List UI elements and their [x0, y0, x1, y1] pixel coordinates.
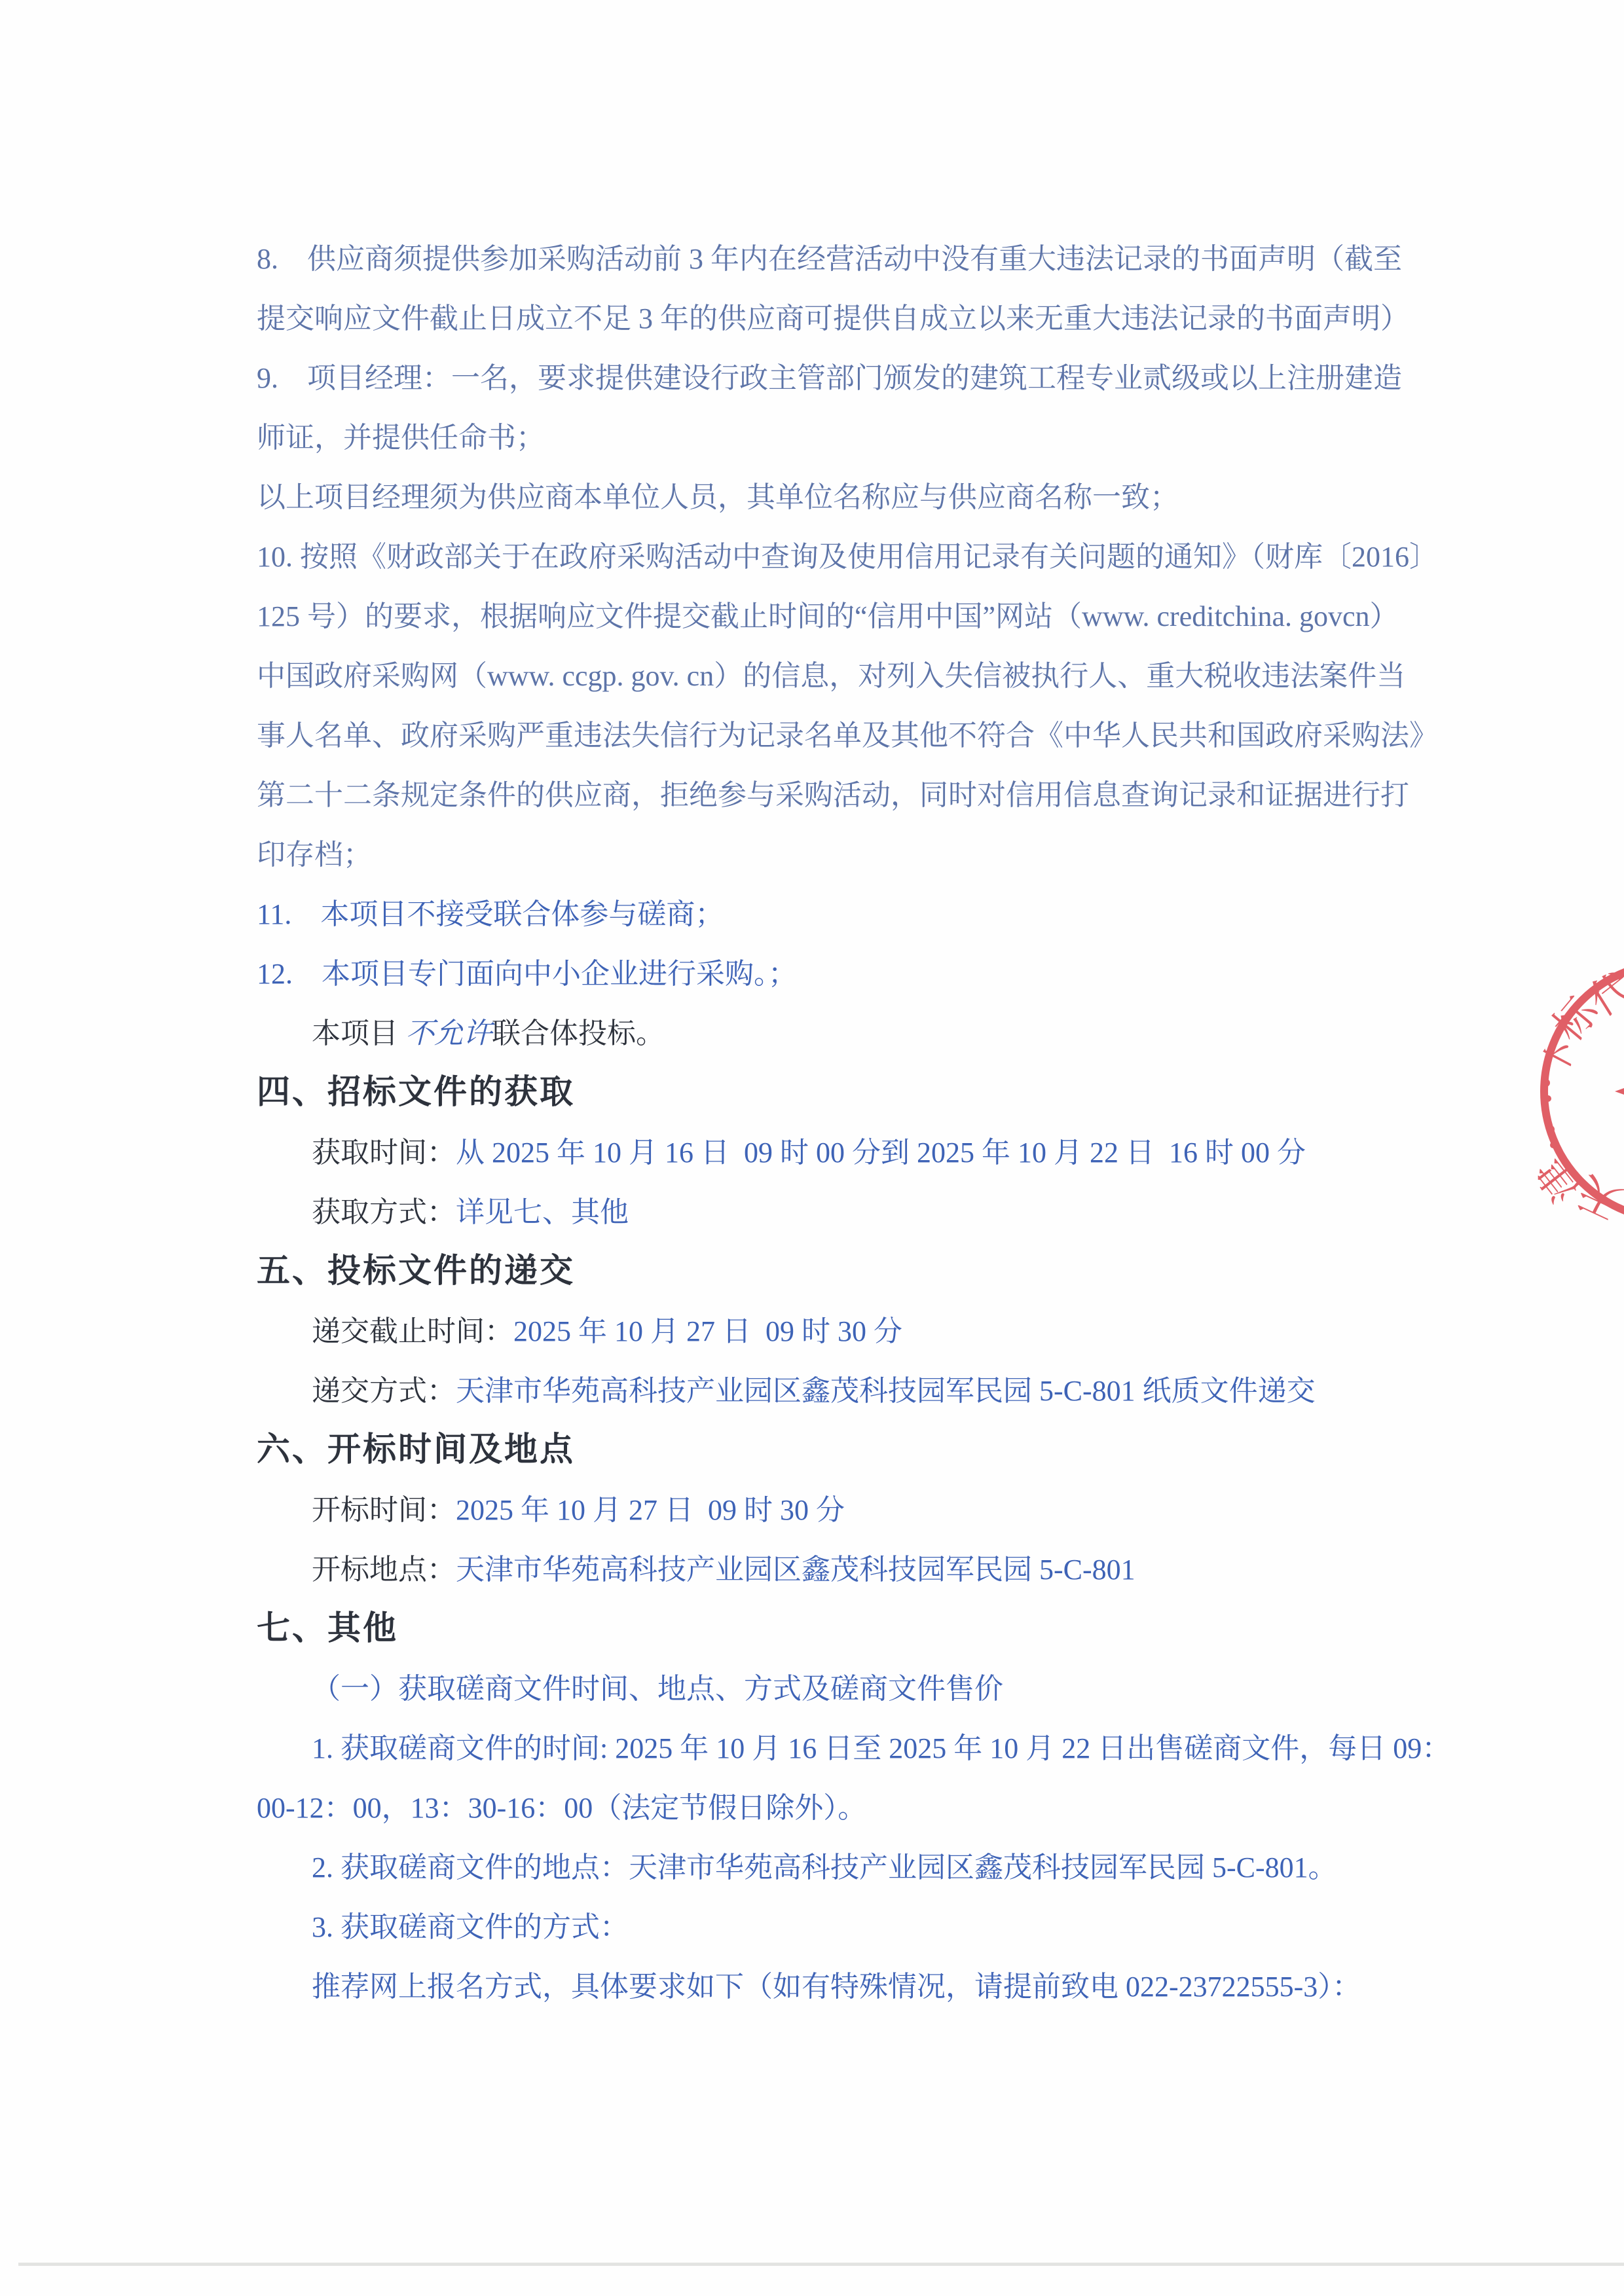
- text-line: 获取方式：详见七、其他: [257, 1182, 1412, 1242]
- text-segment: 2. 获取磋商文件的地点：天津市华苑高科技产业园区鑫茂科技园军民园 5-C-80…: [312, 1851, 1337, 1884]
- text-segment: 印存档；: [257, 839, 372, 871]
- text-segment: 推荐网上报名方式，具体要求如下（如有特殊情况，请提前致电 022-2372255…: [312, 1971, 1361, 2003]
- text-segment: 六、开标时间及地点: [257, 1432, 575, 1468]
- text-line: 9. 项目经理：一名，要求提供建设行政主管部门颁发的建筑工程专业贰级或以上注册建…: [257, 348, 1412, 408]
- text-line: 2. 获取磋商文件的地点：天津市华苑高科技产业园区鑫茂科技园军民园 5-C-80…: [257, 1838, 1412, 1897]
- text-segment: 获取时间：: [312, 1137, 456, 1169]
- text-line: 开标地点：天津市华苑高科技产业园区鑫茂科技园军民园 5-C-801: [257, 1540, 1412, 1599]
- text-segment: 第二十二条规定条件的供应商，拒绝参与采购活动，同时对信用信息查询记录和证据进行打: [257, 779, 1409, 811]
- text-segment: 详见七、其他: [456, 1196, 629, 1228]
- text-segment: 2025 年 10 月 27 日 09 时 30 分: [456, 1494, 845, 1526]
- text-line: 第二十二条规定条件的供应商，拒绝参与采购活动，同时对信用信息查询记录和证据进行打: [257, 765, 1412, 825]
- text-segment: 事人名单、政府采购严重违法失信行为记录名单及其他不符合《中华人民共和国政府采购法…: [257, 720, 1438, 752]
- text-line: 本项目 不允许联合体投标。: [257, 1004, 1412, 1063]
- text-line: （一）获取磋商文件时间、地点、方式及磋商文件售价: [257, 1659, 1412, 1719]
- text-segment: 中国政府采购网（www. ccgp. gov. cn）的信息，对列入失信被执行人…: [257, 660, 1405, 692]
- text-line: 推荐网上报名方式，具体要求如下（如有特殊情况，请提前致电 022-2372255…: [257, 1957, 1412, 2016]
- text-segment: 四、招标文件的获取: [257, 1074, 575, 1111]
- text-segment: 10. 按照《财政部关于在政府采购活动中查询及使用信用记录有关问题的通知》（财库…: [257, 541, 1438, 573]
- text-segment: 联合体投标。: [492, 1017, 665, 1049]
- text-segment: 五、投标文件的递交: [257, 1253, 575, 1290]
- text-segment: 递交截止时间：: [312, 1315, 513, 1347]
- text-segment: 从 2025 年 10 月 16 日 09 时 00 分到 2025 年 10 …: [456, 1137, 1306, 1169]
- text-segment: 8. 供应商须提供参加采购活动前 3 年内在经营活动中没有重大违法记录的书面声明…: [257, 243, 1402, 275]
- document-page: 8. 供应商须提供参加采购活动前 3 年内在经营活动中没有重大违法记录的书面声明…: [0, 0, 1624, 2296]
- text-line: 递交方式：天津市华苑高科技产业园区鑫茂科技园军民园 5-C-801 纸质文件递交: [257, 1361, 1412, 1421]
- text-segment: 本项目: [312, 1017, 405, 1049]
- text-segment: 1. 获取磋商文件的时间: 2025 年 10 月 16 日至 2025 年 1…: [312, 1732, 1450, 1764]
- text-segment: 七、其他: [257, 1611, 398, 1647]
- section-heading: 六、开标时间及地点: [257, 1421, 1412, 1480]
- text-line: 开标时间：2025 年 10 月 27 日 09 时 30 分: [257, 1480, 1412, 1540]
- text-segment: 12. 本项目专门面向中小企业进行采购。；: [257, 958, 797, 990]
- text-segment: 00-12：00，13：30-16：00（法定节假日除外）。: [257, 1792, 866, 1824]
- text-segment: 师证，并提供任命书；: [257, 422, 545, 454]
- text-line: 中国政府采购网（www. ccgp. gov. cn）的信息，对列入失信被执行人…: [257, 646, 1412, 706]
- text-segment: 开标时间：: [312, 1494, 456, 1526]
- section-heading: 四、招标文件的获取: [257, 1063, 1412, 1123]
- text-segment: 不允许: [405, 1017, 492, 1049]
- section-heading: 七、其他: [257, 1599, 1412, 1659]
- text-line: 递交截止时间：2025 年 10 月 27 日 09 时 30 分: [257, 1302, 1412, 1361]
- text-segment: 9. 项目经理：一名，要求提供建设行政主管部门颁发的建筑工程专业贰级或以上注册建…: [257, 362, 1402, 394]
- text-line: 00-12：00，13：30-16：00（法定节假日除外）。: [257, 1778, 1412, 1838]
- text-segment: （一）获取磋商文件时间、地点、方式及磋商文件售价: [312, 1673, 1003, 1705]
- text-segment: 提交响应文件截止日成立不足 3 年的供应商可提供自成立以来无重大违法记录的书面声…: [257, 302, 1409, 335]
- text-line: 以上项目经理须为供应商本单位人员，其单位名称应与供应商名称一致；: [257, 467, 1412, 527]
- document-body: 8. 供应商须提供参加采购活动前 3 年内在经营活动中没有重大违法记录的书面声明…: [257, 229, 1412, 2016]
- text-line: 12. 本项目专门面向中小企业进行采购。；: [257, 944, 1412, 1004]
- section-heading: 五、投标文件的递交: [257, 1242, 1412, 1302]
- text-line: 8. 供应商须提供参加采购活动前 3 年内在经营活动中没有重大违法记录的书面声明…: [257, 229, 1412, 289]
- text-segment: 开标地点：: [312, 1554, 456, 1586]
- text-segment: 125 号）的要求，根据响应文件提交截止时间的“信用中国”网站（www. cre…: [257, 600, 1399, 632]
- text-line: 3. 获取磋商文件的方式：: [257, 1897, 1412, 1957]
- text-segment: 11. 本项目不接受联合体参与磋商；: [257, 898, 724, 930]
- text-line: 10. 按照《财政部关于在政府采购活动中查询及使用信用记录有关问题的通知》（财库…: [257, 527, 1412, 587]
- text-line: 11. 本项目不接受联合体参与磋商；: [257, 884, 1412, 944]
- text-line: 1. 获取磋商文件的时间: 2025 年 10 月 16 日至 2025 年 1…: [257, 1719, 1412, 1778]
- text-segment: 3. 获取磋商文件的方式：: [312, 1911, 629, 1943]
- text-line: 125 号）的要求，根据响应文件提交截止时间的“信用中国”网站（www. cre…: [257, 587, 1412, 646]
- text-segment: 以上项目经理须为供应商本单位人员，其单位名称应与供应商名称一致；: [257, 481, 1179, 513]
- text-segment: 获取方式：: [312, 1196, 456, 1228]
- text-line: 事人名单、政府采购严重违法失信行为记录名单及其他不符合《中华人民共和国政府采购法…: [257, 706, 1412, 765]
- text-line: 提交响应文件截止日成立不足 3 年的供应商可提供自成立以来无重大违法记录的书面声…: [257, 289, 1412, 348]
- scan-edge-artifact: [18, 2263, 1624, 2266]
- text-line: 印存档；: [257, 825, 1412, 884]
- text-line: 师证，并提供任命书；: [257, 408, 1412, 467]
- text-segment: 递交方式：: [312, 1375, 456, 1407]
- red-seal-stamp: 代 标 卜 津 天: [1534, 957, 1624, 1239]
- text-segment: 2025 年 10 月 27 日 09 时 30 分: [513, 1315, 902, 1347]
- seal-star-icon: [1615, 1036, 1624, 1146]
- text-segment: 天津市华苑高科技产业园区鑫茂科技园军民园 5-C-801 纸质文件递交: [456, 1375, 1316, 1407]
- text-segment: 天津市华苑高科技产业园区鑫茂科技园军民园 5-C-801: [456, 1554, 1135, 1586]
- text-line: 获取时间：从 2025 年 10 月 16 日 09 时 00 分到 2025 …: [257, 1123, 1412, 1182]
